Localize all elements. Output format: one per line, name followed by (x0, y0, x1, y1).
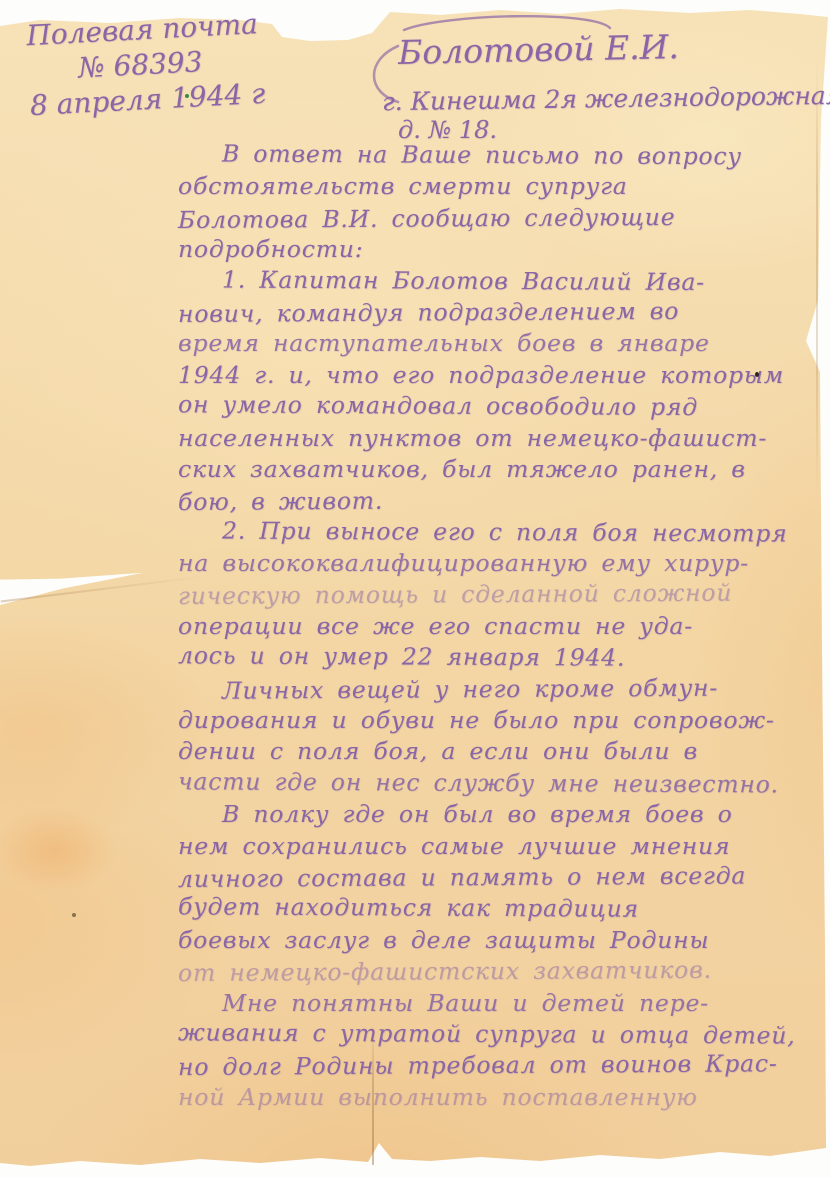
handwritten-line: живания с утратой супруга и отца детей, (178, 1017, 828, 1052)
ink-speck-dark (755, 372, 759, 377)
letter-body: В ответ на Ваше письмо по вопросуобстоят… (178, 140, 828, 1113)
handwritten-line: обстоятельств смерти супруга (178, 171, 828, 202)
handwritten-line: но долг Родины требовал от воинов Крас- (178, 1048, 828, 1083)
handwritten-line: будет находиться как традиция (178, 892, 828, 927)
handwritten-line: дении с поля боя, а если они были в (178, 736, 828, 767)
handwritten-line: боевых заслуг в деле защиты Родины (178, 925, 828, 956)
handwritten-line: он умело командовал освободило ряд (178, 389, 828, 424)
handwritten-line: ских захватчиков, был тяжело ранен, в (178, 454, 828, 485)
handwritten-line: нем сохранились самые лучшие мнения (178, 831, 828, 862)
handwritten-line: Личных вещей у него кроме обмун- (178, 672, 828, 707)
handwritten-line: от немецко-фашистских захватчиков. (178, 954, 828, 989)
handwritten-line: населенных пунктов от немецко-фашист- (178, 423, 828, 454)
handwritten-line: нович, командуя подразделением во (178, 295, 828, 330)
ink-speck-green (185, 94, 189, 98)
paper-crease-right (816, 60, 818, 490)
handwritten-line: гическую помощь и сделанной сложной (178, 577, 828, 612)
handwritten-line: 1. Капитан Болотов Василий Ива- (178, 264, 828, 299)
handwritten-line: Болотова В.И. сообщаю следующие (178, 201, 828, 236)
letter-scan: Полевая почта № 68393 8 апреля 1944 г Бо… (0, 0, 830, 1178)
handwritten-line: бою, в живот. (178, 483, 828, 518)
handwritten-line: дирования и обуви не было при сопровож- (178, 705, 828, 736)
handwritten-line: 2. При выносе его с поля боя несмотря (178, 515, 828, 550)
handwritten-line: на высококвалифицированную ему хирур- (178, 548, 828, 579)
handwritten-line: 1944 г. и, что его подразделение которым (178, 360, 828, 391)
handwritten-line: В ответ на Ваше письмо по вопросу (178, 138, 828, 173)
handwritten-line: время наступательных боев в январе (178, 328, 828, 359)
paper-crease-bottom (372, 1025, 374, 1165)
recipient-address: г. Кинешма 2я железнодорожная (382, 81, 830, 116)
handwritten-line: В полку где он был во время боев о (178, 799, 828, 830)
paper-speck (72, 913, 76, 917)
handwritten-line: Мне понятны Ваши и детей пере- (178, 988, 828, 1019)
handwritten-line: лось и он умер 22 января 1944. (178, 641, 828, 676)
sender-block: Полевая почта № 68393 8 апреля 1944 г (25, 6, 266, 123)
handwritten-line: ной Армии выполнить поставленную (178, 1082, 828, 1113)
handwritten-line: операции все же его спасти не уда- (178, 611, 828, 642)
handwritten-line: части где он нес службу мне неизвестно. (178, 766, 828, 801)
recipient-name: Болотовой Е.И. (398, 27, 680, 72)
handwritten-line: подробности: (178, 234, 828, 265)
handwritten-line: личного состава и память о нем всегда (178, 860, 828, 895)
